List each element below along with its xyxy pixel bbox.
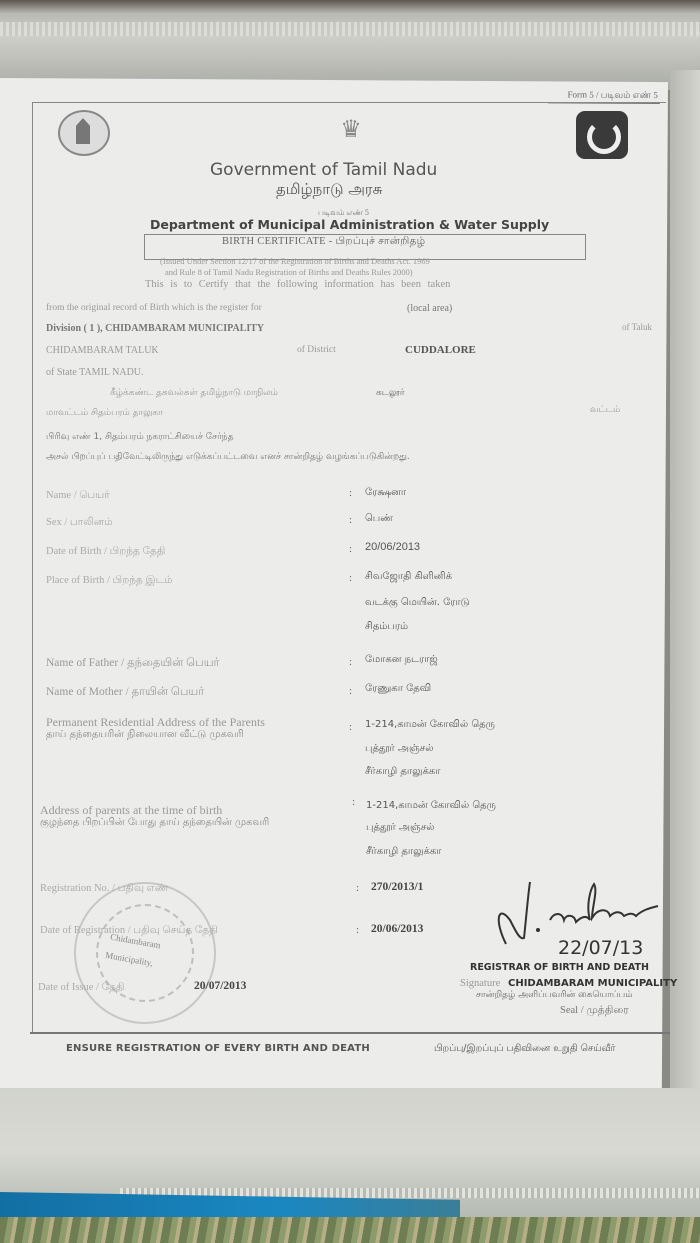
registration-date-label: Date of Registration / பதிவு செய்த தேதி xyxy=(40,924,218,937)
place-of-birth-line-2: வடக்கு மெயின். ரோடு xyxy=(365,597,470,609)
tamil-nadu-emblem-icon xyxy=(58,110,110,156)
sex-label: Sex / பாலினம் xyxy=(46,516,113,529)
registrar-municipality: CHIDAMBARAM MUNICIPALITY xyxy=(508,978,677,989)
certificate-title: BIRTH CERTIFICATE - பிறப்புச் சான்றிதழ் xyxy=(222,235,425,248)
permanent-address-label: Permanent Residential Address of the Par… xyxy=(46,716,265,728)
name-label: Name / பெயர் xyxy=(46,489,110,502)
seal-label: Seal / முத்திரை xyxy=(560,1004,629,1017)
certify-statement: This is to Certify that the following in… xyxy=(145,279,450,290)
tamil-vattam: வட்டம் xyxy=(590,405,620,416)
mother-value: ரேணுகா தேவி xyxy=(365,683,431,695)
issued-under-line-1: (Issued Under Section 12/17 of the Regis… xyxy=(160,256,430,266)
father-label: Name of Father / தந்தையின் பெயர் xyxy=(46,657,220,671)
signature-label-tamil: சான்றிதழ் அளிப்பவரின் கையொப்பம் xyxy=(476,990,632,1001)
permanent-address-label-tamil: தாய் தந்தையரின் நிலையான வீட்டு முகவரி xyxy=(46,729,244,741)
father-value: மோகன நடராஜ் xyxy=(365,654,438,666)
permanent-address-line-1: 1-214,காமன் கோவில் தெரு xyxy=(365,719,495,731)
fabric-background xyxy=(0,1217,700,1243)
taluk-value: CHIDAMBARAM TALUK xyxy=(46,345,159,356)
sleeve-zipper xyxy=(0,22,700,36)
name-value: ரேக்ஷனா xyxy=(365,487,406,499)
permanent-address-line-3: சீர்காழி தாலுக்கா xyxy=(365,766,440,778)
mother-label: Name of Mother / தாயின் பெயர் xyxy=(46,686,204,700)
birth-address-label: Address of parents at the time of birth xyxy=(40,804,222,816)
district-value: CUDDALORE xyxy=(405,344,476,356)
place-of-birth-colon: : xyxy=(349,572,352,584)
state-value: of State TAMIL NADU. xyxy=(46,367,144,378)
registration-no-label: Registration No. / பதிவு எண் xyxy=(40,882,168,895)
place-of-birth-line-1: சிவஜோதி கிளினிக் xyxy=(365,571,452,583)
place-of-birth-line-3: சிதம்பரம் xyxy=(365,621,408,633)
permanent-address-line-2: புத்தூர் அஞ்சல் xyxy=(365,743,434,755)
dob-label: Date of Birth / பிறந்த தேதி xyxy=(46,545,165,558)
division-value: Division ( 1 ), CHIDAMBARAM MUNICIPALITY xyxy=(46,323,264,334)
registration-date-value: 20/06/2013 xyxy=(371,923,423,935)
government-title: Government of Tamil Nadu xyxy=(210,160,437,180)
local-area-label: (local area) xyxy=(407,303,452,314)
ashoka-emblem-icon: ♛ xyxy=(334,115,368,145)
birth-address-colon: : xyxy=(352,796,355,808)
tamil-location-line-2: மாவட்டம் சிதம்பரம் தாலுகா xyxy=(46,408,163,419)
registrar-title: REGISTRAR OF BIRTH AND DEATH xyxy=(470,962,649,973)
tamil-district: கடலூர் xyxy=(376,388,405,399)
issue-date-label: Date of Issue / தேதி xyxy=(38,981,124,994)
issue-date-value: 20/07/2013 xyxy=(194,980,246,992)
registration-no-colon: : xyxy=(356,882,359,894)
footer-ensure-registration-tamil: பிறப்பு/இறப்புப் பதிவினை உறுதி செய்வீர் xyxy=(434,1043,616,1055)
father-colon: : xyxy=(349,656,352,668)
registration-no-value: 270/2013/1 xyxy=(371,881,423,893)
dob-colon: : xyxy=(349,543,352,555)
tamil-location-line-1: கீழ்க்கண்ட தகவல்கள் தமிழ்நாடு மாநிலம் xyxy=(110,388,278,399)
birth-address-line-3: சீர்காழி தாலுக்கா xyxy=(366,846,441,858)
of-taluk-label: of Taluk xyxy=(622,322,652,332)
issued-under-line-2: and Rule 8 of Tamil Nadu Registration of… xyxy=(165,267,413,277)
footer-divider xyxy=(30,1032,670,1034)
name-colon: : xyxy=(349,487,352,499)
footer-ensure-registration: ENSURE REGISTRATION OF EVERY BIRTH AND D… xyxy=(66,1043,370,1054)
registrar-seal-stamp xyxy=(74,882,216,1024)
plastic-sleeve-top xyxy=(0,0,700,90)
sex-value: பெண் xyxy=(365,513,393,525)
svg-text:22/07/13: 22/07/13 xyxy=(558,937,643,959)
birth-address-line-2: புத்தூர் அஞ்சல் xyxy=(366,822,435,834)
registrar-signature: 22/07/13 xyxy=(488,880,698,960)
government-title-tamil: தமிழ்நாடு அரசு xyxy=(276,180,382,200)
birth-address-line-1: 1-214,காமன் கோவில் தெரு xyxy=(366,800,496,812)
department-name: Department of Municipal Administration &… xyxy=(150,217,549,232)
signature-label: Signature xyxy=(460,978,500,989)
mother-colon: : xyxy=(349,685,352,697)
dob-value: 20/06/2013 xyxy=(365,541,420,553)
tamil-location-line-4: அசல் பிறப்புப் பதிவேட்டிலிருந்து எடுக்கப… xyxy=(46,452,410,463)
sex-colon: : xyxy=(349,514,352,526)
place-of-birth-label: Place of Birth / பிறந்த இடம் xyxy=(46,574,172,587)
permanent-address-colon: : xyxy=(349,721,352,733)
original-record-text: from the original record of Birth which … xyxy=(46,303,262,313)
tamil-location-line-3: பிரிவு எண் 1, சிதம்பரம் நகராட்சியைச் சேர… xyxy=(46,432,233,443)
registration-date-colon: : xyxy=(356,924,359,936)
birth-address-label-tamil: குழந்தை பிறப்பின் போது தாய் தந்தையின் மு… xyxy=(40,817,269,829)
of-district-label: of District xyxy=(297,345,336,355)
crs-logo-icon xyxy=(576,111,628,159)
